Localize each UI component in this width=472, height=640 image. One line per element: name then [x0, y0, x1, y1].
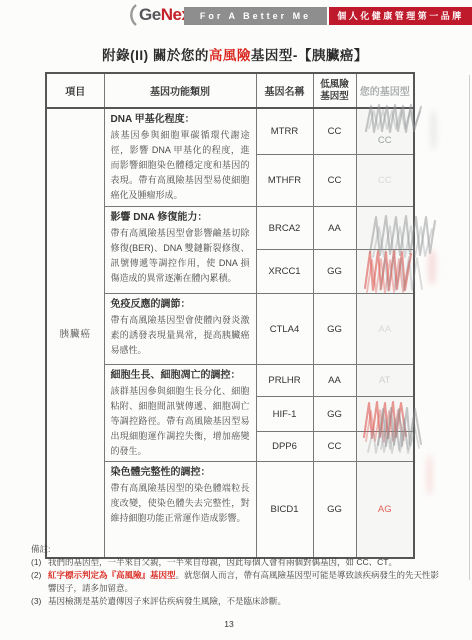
red-marker-scribble-icon: [362, 246, 414, 294]
gene-name: CTLA4: [256, 294, 313, 365]
gene-name: MTRR: [256, 108, 313, 155]
section-desc: 該基因參與細胞單碳循環代謝途徑，影響 DNA 甲基化的程度，進而影響細胞染色體穩…: [111, 128, 250, 203]
gene-name: BRCA2: [256, 207, 313, 250]
header-category: 基因功能類別: [104, 73, 256, 108]
your-genotype: AT: [356, 365, 414, 397]
your-genotype: AA: [356, 294, 414, 365]
section-category: 免疫反應的調節： 帶有高風險基因型會使體內發炎激素的誘發表現量異常，提高胰臟癌易…: [104, 294, 256, 365]
gene-name: HIF-1: [256, 397, 313, 431]
section-desc: 帶有高風險基因型會影響鹼基切除修復(BER)、DNA 雙鏈斷裂修復、訊號傳遞等調…: [111, 226, 250, 286]
section-category: 影響 DNA 修復能力： 帶有高風險基因型會影響鹼基切除修復(BER)、DNA …: [104, 207, 256, 294]
page-title: 附錄(II) 關於您的高風險基因型-【胰臟癌】: [45, 44, 425, 64]
header-your-genotype: 您的基因型: [356, 73, 414, 108]
note-red-part: 紅字標示判定為『高風險』基因型: [48, 570, 176, 580]
your-genotype: [356, 207, 414, 250]
section-category: 細胞生長、細胞凋亡的調控： 該群基因參與細胞生長分化、細胞粘附、細胞間訊號傳遞、…: [104, 365, 256, 462]
note-text-mixed: 紅字標示判定為『高風險』基因型。就您個人而言，帶有高風險基因型可能是導致該疾病發…: [48, 569, 445, 595]
section-title: 免疫反應的調節：: [111, 297, 250, 313]
table-header-row: 項目 基因功能類別 基因名稱 低風險 基因型 您的基因型: [46, 73, 414, 108]
header-low-risk: 低風險 基因型: [313, 73, 356, 108]
notes-label: 備註:: [31, 543, 445, 556]
your-genotype: CC: [356, 108, 414, 155]
logo-ge: Ge: [139, 5, 161, 24]
section-title: 染色體完整性的調控：: [111, 465, 250, 481]
gene-name: PRLHR: [256, 365, 313, 397]
low-risk-genotype: CC: [313, 155, 356, 207]
section-category: DNA 甲基化程度： 該基因參與細胞單碳循環代謝途徑，影響 DNA 甲基化的程度…: [104, 108, 256, 207]
tagline-bar: For A Better Me: [184, 7, 327, 25]
note-item: (2) 紅字標示判定為『高風險』基因型。就您個人而言，帶有高風險基因型可能是導致…: [31, 569, 445, 595]
low-risk-genotype: CC: [313, 108, 356, 155]
pink-smudge: [426, 455, 433, 495]
low-risk-genotype: AA: [313, 365, 356, 397]
report-page: GeNext For A Better Me 個人化健康管理第一品牌 附錄(II…: [0, 0, 472, 640]
note-item: (3) 基因檢測是基於遺傳因子來評估疾病發生風險，不是臨床診斷。: [31, 595, 445, 608]
title-suffix: 基因型-【胰臟癌】: [251, 48, 368, 63]
low-risk-genotype: CC: [313, 431, 356, 461]
note-item: (1) 我們的基因型，一半來自父親，一半來自母親，因此每個人會有兩個對偶基因，如…: [31, 556, 445, 569]
your-genotype: [356, 250, 414, 294]
gene-name: DPP6: [256, 431, 313, 461]
section-title: DNA 甲基化程度：: [111, 112, 250, 128]
logo-arc-icon: [126, 4, 138, 26]
footnotes: 備註: (1) 我們的基因型，一半來自父親，一半來自母親，因此每個人會有兩個對偶…: [31, 543, 445, 608]
section-desc: 帶有高風險基因型會使體內發炎激素的誘發表現量異常，提高胰臟癌易感性。: [111, 313, 250, 358]
genotype-table: 項目 基因功能類別 基因名稱 低風險 基因型 您的基因型 胰臟癌 DNA 甲基化…: [45, 72, 415, 559]
section-title: 細胞生長、細胞凋亡的調控：: [111, 368, 250, 384]
page-number: 13: [45, 619, 413, 629]
header-item: 項目: [46, 73, 104, 108]
low-risk-genotype: GG: [313, 294, 356, 365]
your-genotype: CC: [356, 155, 414, 207]
pink-smudge: [428, 250, 436, 284]
item-label: 胰臟癌: [46, 108, 104, 558]
low-risk-genotype: GG: [313, 397, 356, 431]
your-genotype: [356, 431, 414, 461]
section-title: 影響 DNA 修復能力：: [111, 210, 250, 226]
scan-edge-shadow: [469, 75, 471, 580]
table-row: 胰臟癌 DNA 甲基化程度： 該基因參與細胞單碳循環代謝途徑，影響 DNA 甲基…: [46, 108, 414, 155]
section-desc: 帶有高風險基因型的染色體端粒長度改變，使染色體失去完整性，對維持細胞功能正常運作…: [111, 481, 250, 526]
slogan-bar: 個人化健康管理第一品牌: [329, 7, 472, 25]
your-genotype: [356, 397, 414, 431]
gray-smudge: [430, 110, 437, 150]
gene-name: XRCC1: [256, 250, 313, 294]
title-prefix: 附錄(II) 關於您的: [102, 48, 209, 63]
gene-name: MTHFR: [256, 155, 313, 207]
pencil-scribble-icon: [377, 252, 425, 296]
title-highlight: 高風險: [209, 48, 251, 63]
low-risk-genotype: GG: [313, 250, 356, 294]
header-gene: 基因名稱: [256, 73, 313, 108]
low-risk-genotype: AA: [313, 207, 356, 250]
section-desc: 該群基因參與細胞生長分化、細胞粘附、細胞間訊號傳遞、細胞凋亡等調控路徑。帶有高風…: [111, 384, 250, 459]
